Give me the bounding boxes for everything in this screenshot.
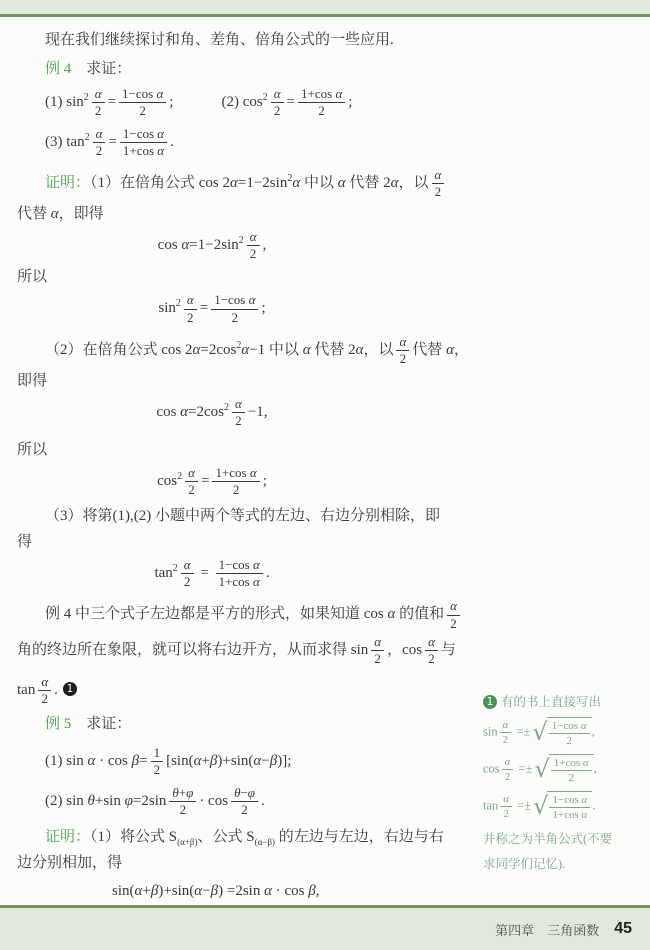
fraction: θ+φ2 <box>169 785 196 819</box>
fraction: α2 <box>502 755 514 784</box>
fraction: α2 <box>232 396 245 430</box>
eq-sin-sq: sin2α2=1−cos α2; <box>17 292 407 326</box>
eq-cos-1: cos α=1−2sin2α2, <box>17 229 407 263</box>
page-number: 45 <box>614 920 632 938</box>
fraction: 1+cos α2 <box>298 86 345 120</box>
fraction: α2 <box>500 718 512 747</box>
footnote-marker: 1 <box>483 695 497 709</box>
sqrt-radical: √1+cos α2 <box>535 754 594 785</box>
fraction: 1+cos α2 <box>212 465 259 499</box>
footer-chapter: 第四章 <box>495 920 534 939</box>
footer-bar: 第四章 三角函数 45 <box>0 908 650 950</box>
remark-1: 例 4 中三个式子左边都是平方的形式，如果知道 cos α 的值和α2 <box>17 598 632 632</box>
note-eq-tan: tanα2 =±√1−cos α1+cos α. <box>483 791 643 822</box>
sqrt-radical: √1−cos α1+cos α <box>533 791 592 822</box>
fraction: α2 <box>185 465 198 499</box>
textbook-page: { "colors": { "rule_green": "#74925f", "… <box>0 0 650 950</box>
remark-2: 角的终边所在象限，就可以将右边开方，从而求得 sinα2，cosα2与 <box>17 634 632 668</box>
fraction: 1+cos α2 <box>551 756 592 785</box>
fraction: α2 <box>447 598 460 632</box>
margin-note: 1有的书上直接写出sinα2 =±√1−cos α2,cosα2 =±√1+co… <box>483 692 643 879</box>
fraction: α2 <box>432 167 445 201</box>
proof3-cont: 得 <box>17 529 632 555</box>
note-heading: 1有的书上直接写出 <box>483 692 643 712</box>
fraction: α2 <box>38 674 51 708</box>
fraction: θ−φ2 <box>231 785 258 819</box>
ex4-eq-3: (3) tan2α2=1−cos α1+cos α. <box>17 126 632 160</box>
fraction: 1−cos α1+cos α <box>216 557 263 591</box>
footer-section: 三角函数 <box>547 920 599 939</box>
note-eq-cos: cosα2 =±√1+cos α2, <box>483 754 643 785</box>
proof1-start: 证明：（1）在倍角公式 cos 2α=1−2sin2α 中以 α 代替 2α，以… <box>17 167 632 201</box>
fraction: 1−cos α2 <box>119 86 166 120</box>
fraction: 1−cos α1+cos α <box>549 793 590 822</box>
fraction: α2 <box>425 634 438 668</box>
so-2: 所以 <box>17 437 632 463</box>
so-1: 所以 <box>17 264 632 290</box>
ex4-heading: 例 4 求证： <box>17 56 632 82</box>
eq-tan-sq: tan2α2 = 1−cos α1+cos α. <box>17 557 407 591</box>
fraction: α2 <box>181 557 194 591</box>
fraction: α2 <box>247 229 260 263</box>
proof2-cont: 即得 <box>17 368 632 394</box>
fraction: α2 <box>93 126 106 160</box>
fraction: 1−cos α1+cos α <box>120 126 167 160</box>
eq-cos-2: cos α=2cos2α2−1, <box>17 396 407 430</box>
note-text-2: 求同学们记忆). <box>483 854 643 874</box>
note-eq-sin: sinα2 =±√1−cos α2, <box>483 717 643 748</box>
fraction: α2 <box>396 334 409 368</box>
intro: 现在我们继续探讨和角、差角、倍角公式的一些应用. <box>17 27 632 53</box>
page-top-margin <box>0 0 650 14</box>
proof3-start: （3）将第(1),(2) 小题中两个等式的左边、右边分别相除，即 <box>17 503 632 529</box>
fraction: α2 <box>92 86 105 120</box>
sqrt-radical: √1−cos α2 <box>532 717 591 748</box>
fraction: 12 <box>151 745 164 779</box>
fraction: α2 <box>184 292 197 326</box>
proof2-start: （2）在倍角公式 cos 2α=2cos2α−1 中以 α 代替 2α，以α2代… <box>17 334 632 368</box>
fraction: 1−cos α2 <box>211 292 258 326</box>
fraction: α2 <box>271 86 284 120</box>
fraction: α2 <box>371 634 384 668</box>
eq-sum: sin(α+β)+sin(α−β) =2sin α · cos β, <box>17 878 632 904</box>
fraction: α2 <box>500 792 512 821</box>
footnote-marker: 1 <box>63 682 77 696</box>
proof1-cont: 代替 α，即得 <box>17 201 632 227</box>
note-text-1: 并称之为半角公式(不要 <box>483 829 643 849</box>
eq-cos-sq: cos2α2=1+cos α2; <box>17 465 407 499</box>
ex4-eq-1-2: (1) sin2α2=1−cos α2;(2) cos2α2=1+cos α2; <box>17 86 632 120</box>
page-footer: 第四章 三角函数 45 <box>0 905 650 950</box>
fraction: 1−cos α2 <box>549 719 590 748</box>
